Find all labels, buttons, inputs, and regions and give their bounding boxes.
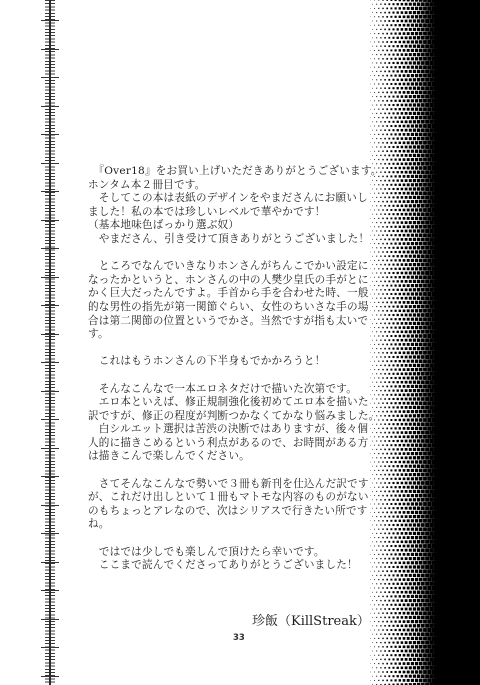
ruler-major-tick: [41, 106, 59, 107]
ruler-major-tick: [41, 362, 59, 363]
ruler-line-decoration: [49, 0, 51, 685]
ruler-major-tick: [41, 134, 59, 135]
text-line: 合は第二関節の位置というでかさ。当然ですが指も太いで: [88, 315, 344, 329]
paragraph-6: ではでは少しでも楽しんで頂けたら幸いです。 ここまで読んでくださってありがとうご…: [88, 546, 344, 573]
ruler-major-tick: [41, 619, 59, 620]
ruler-major-tick: [41, 676, 59, 677]
text-line: す。: [88, 328, 344, 342]
text-line: ました！私の本では珍しいレベルで華やかです！: [88, 206, 344, 220]
ruler-major-tick: [41, 476, 59, 477]
text-line: が、これだけ出しといて１冊もマトモな内容のものがない: [88, 491, 344, 505]
paragraph-gap: [88, 342, 344, 356]
ruler-major-tick: [41, 77, 59, 78]
text-line: ね。: [88, 518, 344, 532]
afterword-text: 『Over18』をお買い上げいただきありがとうございます。 ホンタム本２冊目です…: [88, 165, 344, 573]
paragraph-gap: [88, 369, 344, 383]
paragraph-gap: [88, 532, 344, 546]
paragraph-gap: [88, 464, 344, 478]
ruler-major-tick: [41, 163, 59, 164]
text-line: ホンタム本２冊目です。: [88, 179, 344, 193]
author-signature: 珍飯（KillStreak）: [252, 610, 370, 629]
text-line: 白シルエット選択は苦渋の決断ではありますが、後々個: [88, 423, 344, 437]
text-line: （基本地味色ばっかり選ぶ奴）: [88, 219, 344, 233]
text-line: のもちょっとアレなので、次はシリアスで行きたい所です: [88, 505, 344, 519]
halftone-dots: [362, 0, 480, 685]
paragraph-3: これはもうホンさんの下半身もでかかろうと！: [88, 355, 344, 369]
halftone-solid-edge: [470, 0, 480, 685]
ruler-major-tick: [41, 419, 59, 420]
text-line: は描きこんで楽しんでください。: [88, 450, 344, 464]
ruler-major-tick: [41, 248, 59, 249]
text-line: 的な男性の指先が第一関節ぐらい、女性のちいさな手の場: [88, 301, 344, 315]
ruler-major-tick: [41, 391, 59, 392]
paragraph-5: さてそんなこんなで勢いで３冊も新刊を仕込んだ訳です が、これだけ出しといて１冊も…: [88, 478, 344, 532]
ruler-major-tick: [41, 191, 59, 192]
ruler-major-tick: [41, 277, 59, 278]
text-line: ではでは少しでも楽しんで頂けたら幸いです。: [88, 546, 344, 560]
halftone-gradient-decoration: [362, 0, 480, 685]
manga-afterword-page: 『Over18』をお買い上げいただきありがとうございます。 ホンタム本２冊目です…: [0, 0, 480, 685]
text-line: 『Over18』をお買い上げいただきありがとうございます。: [88, 165, 344, 179]
text-line: そんなこんなで一本エロネタだけで描いた次第です。: [88, 383, 344, 397]
ruler-major-tick: [41, 647, 59, 648]
ruler-major-tick: [41, 20, 59, 21]
page-number: 33: [233, 633, 245, 643]
text-line: やまださん、引き受けて頂きありがとうございました！: [88, 233, 344, 247]
ruler-major-tick: [41, 448, 59, 449]
ruler-major-tick: [41, 334, 59, 335]
text-line: 人的に描きこめるという利点があるので、お時間がある方: [88, 437, 344, 451]
ruler-major-tick: [41, 505, 59, 506]
paragraph-4: そんなこんなで一本エロネタだけで描いた次第です。 エロ本といえば、修正規制強化後…: [88, 383, 344, 465]
text-line: かく巨大だったんですよ。手首から手を合わせた時、一般: [88, 287, 344, 301]
text-line: そしてこの本は表紙のデザインをやまださんにお願いし: [88, 192, 344, 206]
text-line: さてそんなこんなで勢いで３冊も新刊を仕込んだ訳です: [88, 478, 344, 492]
text-line: エロ本といえば、修正規制強化後初めてエロ本を描いた: [88, 396, 344, 410]
ruler-major-tick: [41, 590, 59, 591]
ruler-major-tick: [41, 220, 59, 221]
text-line: これはもうホンさんの下半身もでかかろうと！: [88, 355, 344, 369]
text-line: なったかというと、ホンさんの中の人樊少皇氏の手がとに: [88, 274, 344, 288]
ruler-major-tick: [41, 533, 59, 534]
ruler-major-tick: [41, 49, 59, 50]
paragraph-2: ところでなんでいきなりホンさんがちんこでかい設定に なったかというと、ホンさんの…: [88, 260, 344, 342]
paragraph-gap: [88, 247, 344, 261]
paragraph-1: 『Over18』をお買い上げいただきありがとうございます。 ホンタム本２冊目です…: [88, 165, 344, 247]
ruler-major-tick: [41, 305, 59, 306]
text-line: ところでなんでいきなりホンさんがちんこでかい設定に: [88, 260, 344, 274]
text-line: ここまで読んでくださってありがとうございました！: [88, 559, 344, 573]
text-line: 訳ですが、修正の程度が判断つかなくてかなり悩みました。: [88, 410, 344, 424]
ruler-major-tick: [41, 562, 59, 563]
